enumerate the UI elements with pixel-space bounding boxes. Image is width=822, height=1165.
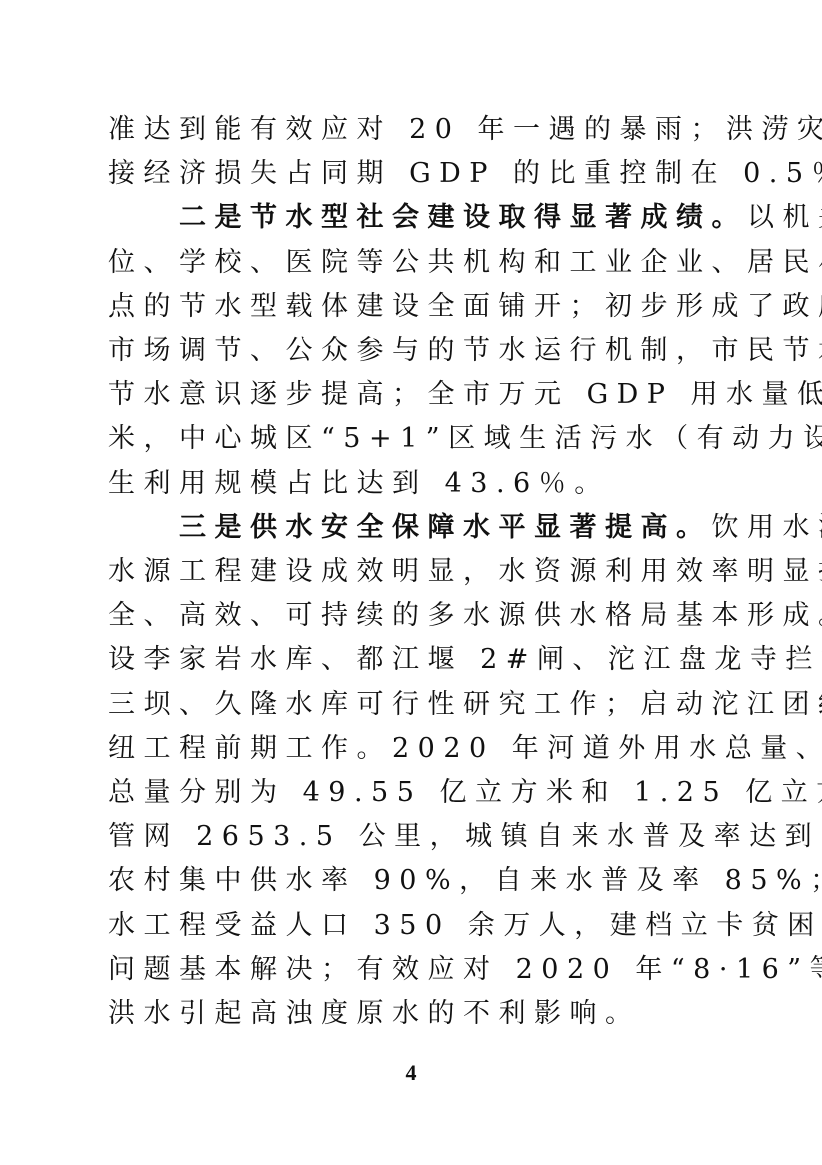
text-line: 设李家岩水库、都江堰 2#闸、沱江盘龙寺拦河闸；推动 [108, 638, 714, 682]
text-line: 三是供水安全保障水平显著提高。饮用水源保护及 [108, 506, 714, 550]
text-line: 接经济损失占同期 GDP 的比重控制在 0.5％以内。 [108, 152, 714, 196]
text-line: 管网 2653.5 公里，城镇自来水普及率达到 100%，全市 [108, 815, 714, 859]
text-line: 生利用规模占比达到 43.6％。 [108, 462, 714, 506]
text-line: 节水意识逐步提高；全市万元 GDP 用水量低于 40 立方 [108, 373, 714, 417]
text-line: 洪水引起高浊度原水的不利影响。 [108, 992, 714, 1036]
text-line: 总量分别为 49.55 亿立方米和 1.25 亿立方米；新建供水 [108, 771, 714, 815]
text-line: 三坝、久隆水库可行性研究工作；启动沱江团结水利枢 [108, 683, 714, 727]
text-line: 水源工程建设成效明显，水资源利用效率明显提升，安 [108, 550, 714, 594]
text-line: 农村集中供水率 90%，自来水普及率 85%；农村新增供 [108, 859, 714, 903]
text-line: 点的节水型载体建设全面铺开；初步形成了政府推动、 [108, 285, 714, 329]
document-page: 准达到能有效应对 20 年一遇的暴雨；洪涝灾害年平均直 接经济损失占同期 GDP… [0, 0, 822, 1165]
text-line: 水工程受益人口 350 余万人，建档立卡贫困户饮水安全 [108, 904, 714, 948]
paragraph-heading: 二是节水型社会建设取得显著成绩。 [179, 202, 747, 233]
body-text: 准达到能有效应对 20 年一遇的暴雨；洪涝灾害年平均直 接经济损失占同期 GDP… [108, 108, 714, 1036]
text-line: 米，中心城区“5+1”区域生活污水（有动力设施）再 [108, 417, 714, 461]
paragraph-flood-control: 准达到能有效应对 20 年一遇的暴雨；洪涝灾害年平均直 接经济损失占同期 GDP… [108, 108, 714, 196]
paragraph-heading: 三是供水安全保障水平显著提高。 [179, 512, 712, 543]
text-line: 二是节水型社会建设取得显著成绩。以机关事业单 [108, 196, 714, 240]
text-line: 准达到能有效应对 20 年一遇的暴雨；洪涝灾害年平均直 [108, 108, 714, 152]
paragraph-water-saving: 二是节水型社会建设取得显著成绩。以机关事业单 位、学校、医院等公共机构和工业企业… [108, 196, 714, 505]
paragraph-water-supply: 三是供水安全保障水平显著提高。饮用水源保护及 水源工程建设成效明显，水资源利用效… [108, 506, 714, 1036]
page-number: 4 [0, 1060, 822, 1086]
text-line: 全、高效、可持续的多水源供水格局基本形成。开工建 [108, 594, 714, 638]
text-line: 问题基本解决；有效应对 2020 年“8·16”等多次特大 [108, 948, 714, 992]
text-line: 位、学校、医院等公共机构和工业企业、居民小区为重 [108, 241, 714, 285]
text-line: 市场调节、公众参与的节水运行机制，市民节水观念、 [108, 329, 714, 373]
text-line: 纽工程前期工作。2020 年河道外用水总量、地下水开采 [108, 727, 714, 771]
